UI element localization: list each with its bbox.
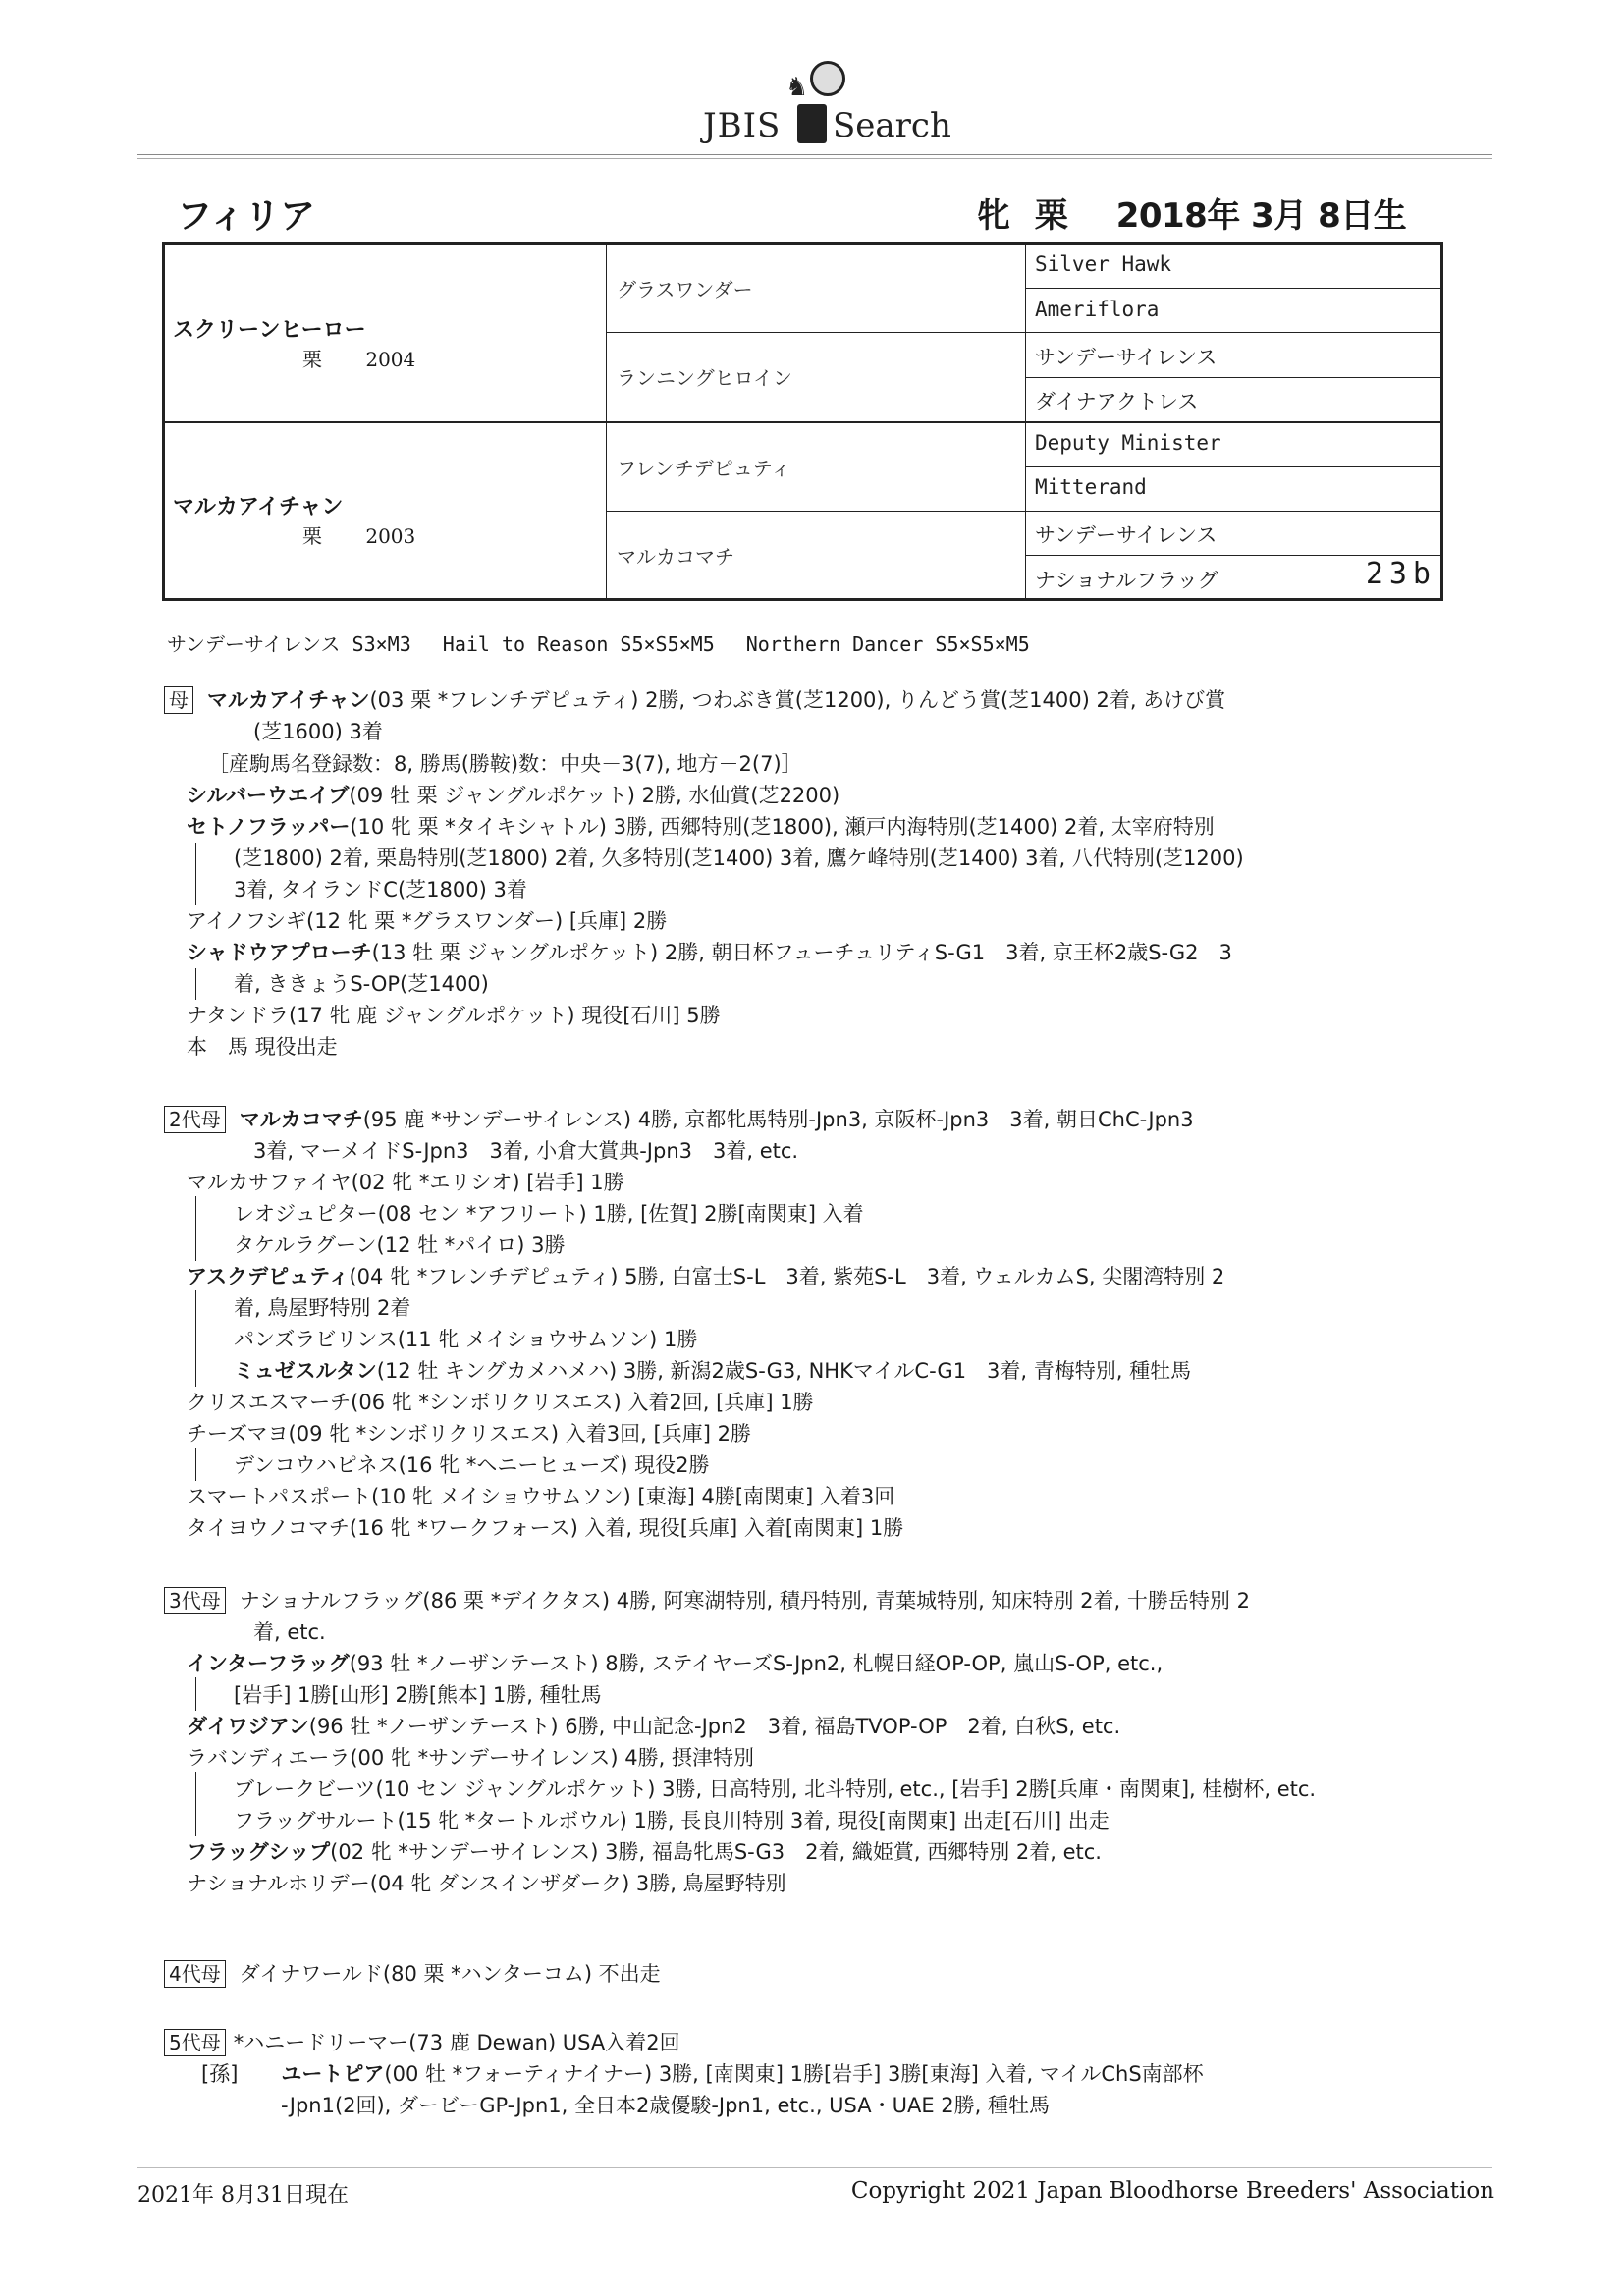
gen3-cell: サンデーサイレンス [1035,342,1217,371]
horse-sex: 牝 [977,196,1010,236]
produce-entry: シャドウアプローチ(13 牡 栗 ジャングルポケット) 2勝, 朝日杯フューチュ… [187,937,1232,966]
tree-connector [195,843,196,905]
header-rule [137,154,1492,155]
magnifier-icon [810,61,845,96]
dam-produce-summary: ［産駒馬名登録数：8, 勝馬(勝鞍)数：中央－3(7), 地方－2(7)］ [208,748,802,778]
dam-name: マルカアイチャン [207,688,369,712]
row-divider [165,421,1440,423]
produce-entry-cont: 3着, タイランドC(芝1800) 3着 [234,874,527,903]
jbis-search-logo: JBIS ♞ Search [687,59,962,147]
database-icon [797,104,827,143]
sire-year: 2004 [365,348,415,371]
horse-color: 栗 [1035,196,1068,236]
row-divider [606,332,1440,333]
gen2-dam-dam: マルカコマチ [617,541,734,570]
dam-cell: マルカアイチャン 栗 2003 [173,490,415,549]
produce-entry-child: デンコウハピネス(16 牝 *ヘニーヒューズ) 現役2勝 [234,1449,710,1479]
produce-entry: アスクデピュティ(04 牝 *フレンチデピュティ) 5勝, 白富士S-L 3着,… [187,1261,1224,1290]
horse-meta: 牝 栗 2018年 3月 8日生 [977,189,1406,237]
gen2-sire-sire: グラスワンダー [617,274,753,302]
inbreeding-line: サンデーサイレンス S3×M3 Hail to Reason S5×S5×M5 … [167,629,1030,657]
gen5-section-header: 5代母*ハニードリーマー(73 鹿 Dewan) USA入着2回 [164,2027,680,2056]
row-divider [1025,466,1440,467]
gen3-cell: サンデーサイレンス [1035,519,1217,549]
gen3-cell: Ameriflora [1035,298,1159,321]
gen3-cell: Silver Hawk [1035,252,1171,276]
produce-entry: クリスエスマーチ(06 牝 *シンボリクリスエス) 入着2回, [兵庫] 1勝 [187,1387,814,1416]
produce-entry-child: パンズラビリンス(11 牝 メイショウサムソン) 1勝 [234,1324,697,1353]
row-divider [606,511,1440,512]
horse-name: フィリア [177,189,315,239]
dam-section-header: 母マルカアイチャン(03 栗 *フレンチデピュティ) 2勝, つわぶき賞(芝12… [164,684,1225,714]
sire-name: スクリーンヒーロー [173,313,415,344]
produce-entry-child: フラッグサルート(15 牝 *タートルボウル) 1勝, 長良川特別 3着, 現役… [234,1805,1110,1834]
horse-birthdate: 2018年 3月 8日生 [1116,196,1407,236]
logo-jbis-text: JBIS [703,106,781,145]
dam-name: マルカアイチャン [173,490,415,520]
produce-entry: ナショナルホリデー(04 牝 ダンスインザダーク) 3勝, 鳥屋野特別 [187,1868,786,1897]
produce-entry: インターフラッグ(93 牡 *ノーザンテースト) 8勝, ステイヤーズS-Jpn… [187,1648,1163,1677]
pedigree-table: スクリーンヒーロー 栗 2004 マルカアイチャン 栗 2003 グラスワンダー… [162,242,1443,601]
header-rule-2 [137,158,1492,159]
produce-entry: ナタンドラ(17 牝 鹿 ジャングルポケット) 現役[石川] 5勝 [187,1000,721,1029]
dam-info: 栗 2003 [173,520,415,549]
tree-connector [195,1448,196,1481]
row-divider [1025,555,1440,556]
tree-connector [195,1290,196,1387]
produce-entry: シルバーウエイブ(09 牡 栗 ジャングルポケット) 2勝, 水仙賞(芝2200… [187,780,839,809]
produce-entry-cont: (芝1800) 2着, 栗島特別(芝1800) 2着, 久多特別(芝1400) … [234,843,1244,872]
as-of-date: 2021年 8月31日現在 [137,2178,349,2209]
produce-entry: フラッグシップ(02 牝 *サンデーサイレンス) 3勝, 福島牝馬S-G3 2着… [187,1836,1102,1866]
produce-entry-child: レオジュピター(08 セン *アフリート) 1勝, [佐賀] 2勝[南関東] 入… [234,1198,864,1228]
tree-connector [195,1677,196,1711]
sire-cell: スクリーンヒーロー 栗 2004 [173,313,415,372]
granddam-line: 3着, マーメイドS-Jpn3 3着, 小倉大賞典-Jpn3 3着, etc. [253,1135,798,1165]
gen2-sire-dam: ランニングヒロイン [617,362,792,391]
tree-connector [195,1772,196,1836]
copyright: Copyright 2021 Japan Bloodhorse Breeders… [851,2178,1494,2204]
gen5-grandchild-entry: [孫]ユートピア(00 牡 *フォーティナイナー) 3勝, [南関東] 1勝[岩… [201,2058,1204,2088]
great-granddam-line: 着, etc. [253,1616,326,1646]
produce-entry: ダイワジアン(96 牡 *ノーザンテースト) 6勝, 中山記念-Jpn2 3着,… [187,1711,1120,1740]
produce-entry-cont: 着, ききょうS-OP(芝1400) [234,968,489,998]
gen3-cell: ナショナルフラッグ [1035,565,1218,594]
section-label-gen4: 4代母 [164,1960,226,1988]
produce-entry: アイノフシギ(12 牝 栗 *グラスワンダー) [兵庫] 2勝 [187,905,667,935]
section-label-great-granddam: 3代母 [164,1587,226,1614]
produce-entry: セトノフラッパー(10 牝 栗 *タイキシャトル) 3勝, 西郷特別(芝1800… [187,811,1215,841]
produce-entry-self: 本 馬 現役出走 [187,1031,338,1061]
produce-entry-cont: [岩手] 1勝[山形] 2勝[熊本] 1勝, 種牡馬 [234,1679,602,1709]
dam-line: (芝1600) 3着 [253,716,383,745]
produce-entry-child: ブレークビーツ(10 セン ジャングルポケット) 3勝, 日高特別, 北斗特別,… [234,1774,1316,1803]
footer-rule [137,2167,1492,2168]
dam-color: 栗 [302,524,322,548]
row-divider [1025,288,1440,289]
produce-entry: スマートパスポート(10 牝 メイショウサムソン) [東海] 4勝[南関東] 入… [187,1481,894,1510]
gen4-section-header: 4代母ダイナワールド(80 栗 *ハンターコム) 不出走 [164,1958,661,1988]
section-label-granddam: 2代母 [164,1106,226,1133]
gen2-dam-sire: フレンチデピュティ [617,453,790,481]
logo-search-text: Search [833,106,951,145]
sire-info: 栗 2004 [173,344,415,372]
produce-entry: ラバンディエーラ(00 牝 *サンデーサイレンス) 4勝, 摂津特別 [187,1742,754,1772]
section-label-dam: 母 [164,686,193,714]
produce-entry: チーズマヨ(09 牝 *シンボリクリスエス) 入着3回, [兵庫] 2勝 [187,1418,751,1448]
gen5-grandchild-cont: -Jpn1(2回), ダービーGP-Jpn1, 全日本2歳優駿-Jpn1, et… [214,2090,1050,2119]
produce-entry-child: タケルラグーン(12 牡 *パイロ) 3勝 [234,1230,566,1259]
gen3-cell: Mitterand [1035,475,1147,499]
produce-entry-child: ミュゼスルタン(12 牡 キングカメハメハ) 3勝, 新潟2歳S-G3, NHK… [234,1355,1191,1385]
great-granddam-section-header: 3代母ナショナルフラッグ(86 栗 *デイクタス) 4勝, 阿寒湖特別, 積丹特… [164,1585,1250,1614]
section-label-gen5: 5代母 [164,2029,226,2056]
produce-entry: タイヨウノコマチ(16 牝 *ワークフォース) 入着, 現役[兵庫] 入着[南関… [187,1512,903,1542]
row-divider [1025,377,1440,378]
granddam-section-header: 2代母マルカコマチ(95 鹿 *サンデーサイレンス) 4勝, 京都牝馬特別-Jp… [164,1104,1194,1133]
dam-year: 2003 [365,524,415,548]
tree-connector [195,968,196,1000]
tree-connector [195,1196,196,1261]
produce-entry-cont: 着, 鳥屋野特別 2着 [234,1292,410,1322]
gen3-cell: ダイナアクトレス [1035,386,1198,415]
sire-color: 栗 [302,348,322,371]
gen3-cell: Deputy Minister [1035,431,1221,455]
produce-entry: マルカサファイヤ(02 牝 *エリシオ) [岩手] 1勝 [187,1167,624,1196]
horse-icon: ♞ [785,73,808,102]
family-number: 23b [1366,557,1436,591]
